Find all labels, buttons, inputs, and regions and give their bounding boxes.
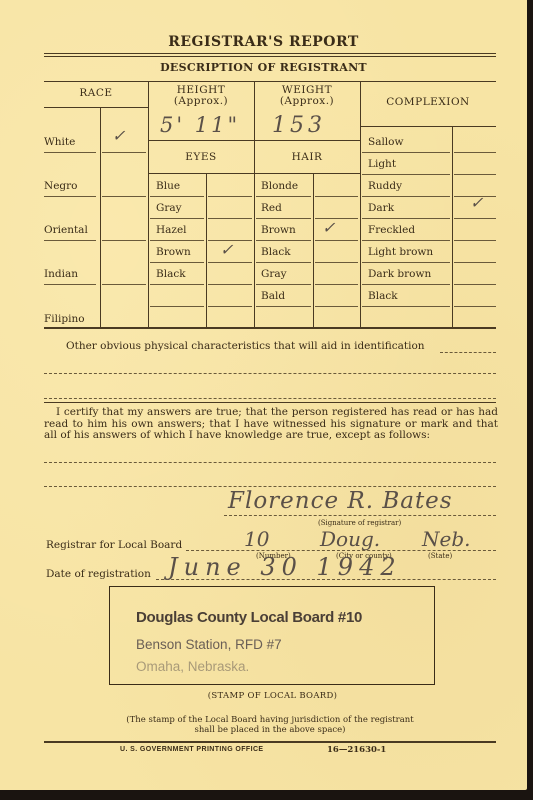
date-label: Date of registration [46,569,151,581]
title-rule-top [44,53,496,54]
complexion-row-rule [362,218,450,219]
local-board-state: Neb. [422,527,471,551]
eyes-row-rule [208,284,252,285]
table-top-rule [44,81,496,82]
complexion-row-rule [454,306,496,307]
hair-row-rule [256,218,311,219]
printer-credit: U. S. GOVERNMENT PRINTING OFFICE [120,746,263,753]
complexion-row-rule [362,152,450,153]
complexion-option-black: Black [368,290,398,302]
page-title: REGISTRAR'S REPORT [0,34,527,50]
hair-row-rule [315,196,358,197]
race-check-underline [102,152,146,153]
hair-option-red: Red [261,202,282,214]
stamp-note-1: (The stamp of the Local Board having jur… [44,715,496,725]
hair-row-rule [256,284,311,285]
hair-header: HAIR [254,152,360,163]
registrar-signature: Florence R. Bates [228,488,453,514]
eyes-row-rule [150,240,204,241]
eyes-row-rule [150,218,204,219]
eyes-row-rule [150,196,204,197]
complexion-option-light-brown: Light brown [368,246,433,258]
race-underline [44,196,96,197]
complexion-row-rule [454,218,496,219]
complexion-option-light: Light [368,158,396,170]
eyes-check-mark: ✓ [220,240,233,259]
hair-option-gray: Gray [261,268,287,280]
other-characteristics-label: Other obvious physical characteristics t… [66,341,425,353]
stamp-caption: (STAMP OF LOCAL BOARD) [109,691,436,701]
complexion-header-rule [360,126,496,127]
exceptions-line-2[interactable] [44,486,496,487]
complexion-row-rule [454,174,496,175]
hair-row-rule [256,240,311,241]
race-option-white: White [44,136,75,148]
eyes-option-brown: Brown [156,246,191,258]
local-board-city: Doug. [320,527,380,551]
complexion-row-rule [362,196,450,197]
complexion-row-rule [362,284,450,285]
race-header-rule [44,107,148,108]
eyes-row-rule [150,284,204,285]
eyes-row-rule [208,306,252,307]
stamp-line-1: Douglas County Local Board #10 [136,609,362,626]
complexion-row-rule [362,174,450,175]
complexion-option-dark-brown: Dark brown [368,268,431,280]
other-characteristics-line-3[interactable] [44,398,496,399]
eyes-hair-header-rule [148,173,360,174]
stamp-note-2: shall be placed in the above space) [44,725,496,735]
exceptions-line-1[interactable] [44,462,496,463]
complexion-row-rule [454,240,496,241]
hair-row-rule [315,240,358,241]
local-board-number: 10 [244,527,269,551]
complexion-row-rule [454,196,496,197]
eyes-row-rule [150,262,204,263]
race-check-mark: ✓ [112,126,125,145]
hair-check-divider [313,174,314,327]
complexion-option-dark: Dark [368,202,394,214]
hair-row-rule [315,306,358,307]
other-characteristics-field[interactable] [440,352,496,353]
signature-line[interactable] [224,515,496,516]
race-underline [44,284,96,285]
hair-row-rule [315,262,358,263]
footer-rule [44,741,496,743]
race-check-underline [102,284,146,285]
title-rule-bottom [44,56,496,57]
hair-option-brown: Brown [261,224,296,236]
complexion-option-ruddy: Ruddy [368,180,402,192]
race-check-underline [102,240,146,241]
draft-card-back: REGISTRAR'S REPORT DESCRIPTION OF REGIST… [0,0,527,790]
hair-row-rule [256,306,311,307]
table-bottom-rule [44,327,496,329]
complexion-row-rule [362,240,450,241]
signature-caption: (Signature of registrar) [318,519,401,527]
height-weight-rule [148,140,360,141]
stamp-line-3: Omaha, Nebraska. [136,659,249,674]
height-subheader: (Approx.) [148,96,254,107]
race-check-underline [102,196,146,197]
race-underline [44,152,96,153]
section-subtitle: DESCRIPTION OF REGISTRANT [0,61,527,74]
eyes-option-hazel: Hazel [156,224,187,236]
complexion-option-sallow: Sallow [368,136,403,148]
race-option-negro: Negro [44,180,77,192]
hair-row-rule [256,262,311,263]
eyes-option-black: Black [156,268,186,280]
race-option-filipino: Filipino [44,313,85,325]
hair-row-rule [315,218,358,219]
complexion-option-freckled: Freckled [368,224,415,236]
weight-value: 153 [272,113,326,138]
race-header: RACE [44,88,148,99]
section-rule [44,402,496,403]
state-caption: (State) [428,552,452,560]
complexion-row-rule [454,284,496,285]
form-number: 16—21630-1 [327,745,386,755]
eyes-row-rule [208,240,252,241]
other-characteristics-line-2[interactable] [44,373,496,374]
eyes-row-rule [208,218,252,219]
hair-check-mark: ✓ [322,218,335,237]
complexion-row-rule [454,152,496,153]
complexion-header: COMPLEXION [360,97,496,108]
eyes-option-blue: Blue [156,180,180,192]
col-divider-1 [148,81,149,327]
stamp-line-2: Benson Station, RFD #7 [136,637,282,652]
date-value: June 30 1942 [168,553,402,581]
hair-option-black: Black [261,246,291,258]
eyes-option-gray: Gray [156,202,182,214]
col-divider-3 [360,81,361,327]
eyes-check-divider [206,174,207,327]
certification-text: I certify that my answers are true; that… [44,407,498,442]
eyes-row-rule [150,306,204,307]
complexion-row-rule [362,262,450,263]
race-check-divider [100,108,101,327]
race-underline [44,240,96,241]
race-option-oriental: Oriental [44,224,88,236]
local-board-label: Registrar for Local Board [46,540,182,552]
eyes-header: EYES [148,152,254,163]
hair-option-bald: Bald [261,290,285,302]
hair-option-blonde: Blonde [261,180,298,192]
hair-row-rule [256,196,311,197]
col-divider-2 [254,81,255,327]
height-value: 5' 11" [160,113,240,137]
weight-subheader: (Approx.) [254,96,360,107]
complexion-row-rule [454,262,496,263]
eyes-row-rule [208,196,252,197]
complexion-check-divider [452,126,453,327]
eyes-row-rule [208,262,252,263]
race-option-indian: Indian [44,268,78,280]
complexion-row-rule [362,306,450,307]
hair-row-rule [315,284,358,285]
